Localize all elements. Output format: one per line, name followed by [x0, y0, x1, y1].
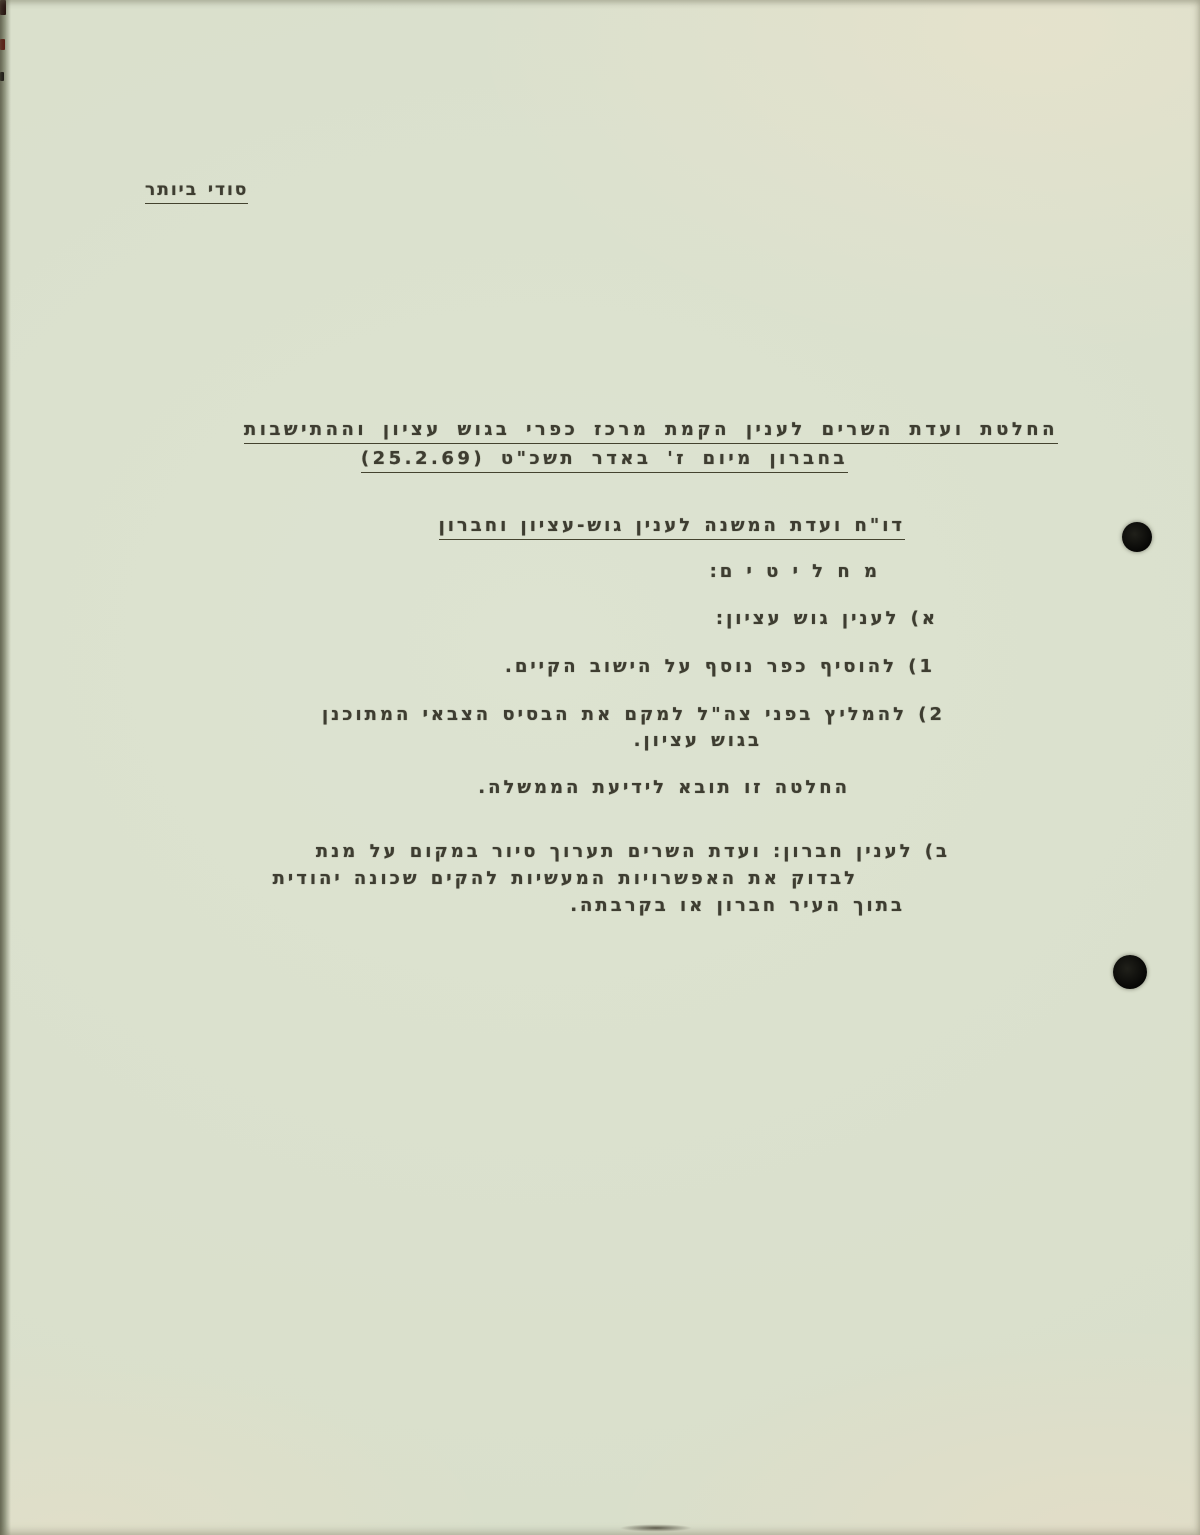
hole-punch-bottom — [1113, 955, 1147, 989]
section-a-item-1: 1) להוסיף כפר נוסף על הישוב הקיים. — [505, 656, 935, 677]
section-a-item-2-line-2: בגוש עציון. — [634, 730, 762, 751]
scan-edge-artifact — [0, 39, 5, 50]
scan-left-edge-shadow — [0, 0, 11, 1535]
hole-punch-top — [1122, 522, 1152, 552]
scan-bottom-artifact — [608, 1523, 704, 1533]
section-a-item-2-line-1: 2) להמליץ בפני צה"ל למקם את הבסיס הצבאי … — [322, 704, 945, 725]
scan-edge-artifact — [0, 0, 6, 15]
classification-stamp: סודי ביותר — [145, 180, 248, 204]
document-title-line-1: החלטת ועדת השרים לענין הקמת מרכז כפרי בג… — [244, 419, 1058, 444]
section-b-line-3: בתוך העיר חברון או בקרבתה. — [570, 895, 905, 916]
document-title-line-2: בחברון מיום ז' באדר תשכ"ט (25.2.69) — [361, 448, 848, 473]
scanned-document-page: סודי ביותר החלטת ועדת השרים לענין הקמת מ… — [0, 0, 1200, 1535]
resolution-heading: מ ח ל י ט י ם: — [710, 561, 880, 582]
section-b-line-1: ב) לענין חברון: ועדת השרים תערוך סיור במ… — [316, 841, 950, 862]
scan-edge-artifact — [0, 72, 4, 81]
subcommittee-report-subtitle: דו"ח ועדת המשנה לענין גוש-עציון וחברון — [439, 515, 905, 540]
section-a-heading: א) לענין גוש עציון: — [716, 608, 938, 629]
section-a-note: החלטה זו תובא לידיעת הממשלה. — [478, 777, 850, 798]
section-b-line-2: לבדוק את האפשרויות המעשיות להקים שכונה י… — [273, 868, 858, 889]
